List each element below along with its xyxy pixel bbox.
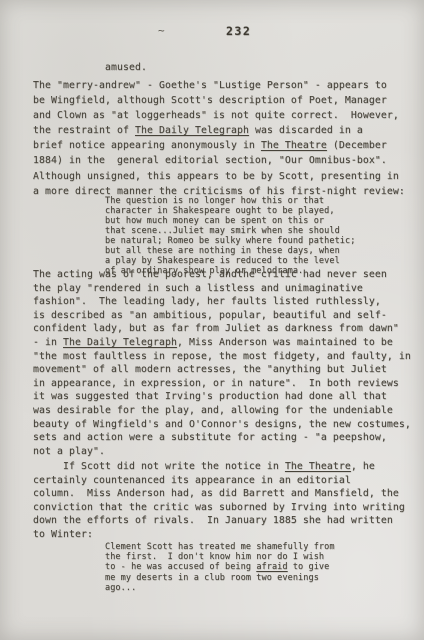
text-line: certainly countenanced its appearance in… bbox=[33, 474, 405, 488]
text-run: to give bbox=[288, 562, 330, 572]
stray-scan-mark: ~ bbox=[158, 24, 165, 37]
text-run: be Wingfield, although Scott's descripti… bbox=[33, 95, 387, 106]
text-line: and Clown as "at loggerheads" is not qui… bbox=[33, 108, 405, 123]
text-run: confident lady, but as far from Juliet a… bbox=[33, 323, 399, 334]
text-run: conviction that the critic was suborned … bbox=[33, 502, 405, 513]
text-line: that scene...Juliet may smirk when she s… bbox=[105, 226, 355, 236]
text-run: ago... bbox=[105, 583, 136, 593]
text-run: and Clown as "at loggerheads" is not qui… bbox=[33, 110, 399, 121]
text-run: (December bbox=[327, 140, 387, 151]
text-line: ago... bbox=[105, 583, 335, 593]
text-run: beauty of Wingfield's and O'Connor's des… bbox=[33, 419, 411, 430]
text-run: be natural; Romeo be sulky where found p… bbox=[105, 236, 355, 246]
text-run: brief notice appearing anonymously in bbox=[33, 140, 261, 151]
text-run: but how much money can be spent on this … bbox=[105, 216, 324, 226]
underlined-text-run: The Theatre bbox=[261, 140, 327, 151]
text-run: amused. bbox=[105, 62, 147, 73]
text-line: sets and action were a substitute for ac… bbox=[33, 431, 411, 445]
text-line: beauty of Wingfield's and O'Connor's des… bbox=[33, 418, 411, 432]
block-quote-letter: Clement Scott has treated me shamefully … bbox=[105, 542, 335, 593]
text-run: the first. I don't know him nor do I wis… bbox=[105, 552, 324, 562]
block-quote-review: The question is no longer how this or th… bbox=[105, 196, 355, 276]
text-line: in appearance, in expression, or in natu… bbox=[33, 377, 411, 391]
text-run: If Scott did not write the notice in bbox=[33, 461, 285, 472]
text-run: that scene...Juliet may smirk when she s… bbox=[105, 226, 340, 236]
text-line: "the most faultless in repose, the most … bbox=[33, 350, 411, 364]
text-run: it was suggested that Irving's productio… bbox=[33, 391, 387, 402]
text-run: fashion". The leading lady, her faults l… bbox=[33, 296, 381, 307]
text-run: certainly countenanced its appearance in… bbox=[33, 475, 351, 486]
text-run: The acting was of the poorest, andthe cr… bbox=[33, 269, 387, 280]
text-run: me my deserts in a club room two evening… bbox=[105, 573, 319, 583]
text-run: , Miss Anderson was maintained to be bbox=[177, 337, 393, 348]
text-line: it was suggested that Irving's productio… bbox=[33, 390, 411, 404]
hanging-word-amused: amused. bbox=[105, 60, 147, 75]
text-line: be Wingfield, although Scott's descripti… bbox=[33, 93, 405, 108]
text-line: fashion". The leading lady, her faults l… bbox=[33, 295, 411, 309]
text-line: be natural; Romeo be sulky where found p… bbox=[105, 236, 355, 246]
text-run: to - he was accused of being bbox=[105, 562, 256, 572]
text-run: to Winter: bbox=[33, 529, 93, 540]
text-line: 1884) in the general editorial section, … bbox=[33, 153, 405, 168]
text-run: The question is no longer how this or th… bbox=[105, 196, 324, 206]
text-line: confident lady, but as far from Juliet a… bbox=[33, 322, 411, 336]
text-run: not a play". bbox=[33, 446, 105, 457]
text-run: - in bbox=[33, 337, 63, 348]
text-line: me my deserts in a club room two evening… bbox=[105, 573, 335, 583]
underlined-text-run: The Theatre bbox=[285, 461, 351, 472]
text-line: The "merry-andrew" - Goethe's "Lustige P… bbox=[33, 78, 405, 93]
text-line: column. Miss Anderson had, as did Barret… bbox=[33, 487, 405, 501]
text-line: is described as "an ambitious, popular, … bbox=[33, 309, 411, 323]
text-run: sets and action were a substitute for ac… bbox=[33, 432, 387, 443]
text-run: Although unsigned, this appears to be by… bbox=[33, 171, 399, 182]
text-line: - in The Daily Telegraph, Miss Anderson … bbox=[33, 336, 411, 350]
text-run: , he bbox=[351, 461, 375, 472]
underlined-text-run: The Daily Telegraph bbox=[135, 125, 249, 136]
text-run: The "merry-andrew" - Goethe's "Lustige P… bbox=[33, 80, 387, 91]
page-number: 232 bbox=[226, 24, 251, 38]
text-run: a play by Shakespeare is reduced to the … bbox=[105, 256, 340, 266]
text-run: was desirable for the play, and, allowin… bbox=[33, 405, 393, 416]
text-line: brief notice appearing anonymously in Th… bbox=[33, 138, 405, 153]
text-run: was discarded in a bbox=[249, 125, 363, 136]
text-line: the first. I don't know him nor do I wis… bbox=[105, 552, 335, 562]
text-line: movement" of all modern actresses, the "… bbox=[33, 363, 411, 377]
text-line: character in Shakespeare ought to be pla… bbox=[105, 206, 355, 216]
text-line: amused. bbox=[105, 60, 147, 75]
text-run: the restraint of bbox=[33, 125, 135, 136]
text-line: was desirable for the play, and, allowin… bbox=[33, 404, 411, 418]
text-line: the restraint of The Daily Telegraph was… bbox=[33, 123, 405, 138]
text-line: a play by Shakespeare is reduced to the … bbox=[105, 256, 355, 266]
text-line: Clement Scott has treated me shamefully … bbox=[105, 542, 335, 552]
text-run: down the efforts of rivals. In January 1… bbox=[33, 515, 393, 526]
paragraph-1: The "merry-andrew" - Goethe's "Lustige P… bbox=[33, 78, 405, 199]
paragraph-3: If Scott did not write the notice in The… bbox=[33, 460, 405, 541]
text-run: but all these are nothing in these days,… bbox=[105, 246, 340, 256]
text-run: the play "rendered in such a listless an… bbox=[33, 283, 363, 294]
text-line: The acting was of the poorest, andthe cr… bbox=[33, 268, 411, 282]
text-line: conviction that the critic was suborned … bbox=[33, 501, 405, 515]
paragraph-2: The acting was of the poorest, andthe cr… bbox=[33, 268, 411, 458]
page-header: ~ 232 bbox=[0, 0, 424, 46]
text-line: not a play". bbox=[33, 445, 411, 459]
text-run: character in Shakespeare ought to be pla… bbox=[105, 206, 335, 216]
text-run: in appearance, in expression, or in natu… bbox=[33, 378, 399, 389]
text-line: to - he was accused of being afraid to g… bbox=[105, 562, 335, 572]
text-run: "the most faultless in repose, the most … bbox=[33, 351, 411, 362]
text-run: a more direct manner the criticisms of h… bbox=[33, 186, 405, 197]
text-line: the play "rendered in such a listless an… bbox=[33, 282, 411, 296]
text-line: Although unsigned, this appears to be by… bbox=[33, 169, 405, 184]
text-line: If Scott did not write the notice in The… bbox=[33, 460, 405, 474]
text-run: movement" of all modern actresses, the "… bbox=[33, 364, 387, 375]
text-line: but all these are nothing in these days,… bbox=[105, 246, 355, 256]
text-line: down the efforts of rivals. In January 1… bbox=[33, 514, 405, 528]
text-line: to Winter: bbox=[33, 528, 405, 542]
scanned-document-page: ~ 232 amused. The "merry-andrew" - Goeth… bbox=[0, 0, 424, 640]
underlined-text-run: The Daily Telegraph bbox=[63, 337, 177, 348]
text-run: 1884) in the general editorial section, … bbox=[33, 155, 387, 166]
text-line: but how much money can be spent on this … bbox=[105, 216, 355, 226]
text-run: is described as "an ambitious, popular, … bbox=[33, 310, 387, 321]
text-line: The question is no longer how this or th… bbox=[105, 196, 355, 206]
text-run: Clement Scott has treated me shamefully … bbox=[105, 542, 335, 552]
underlined-text-run: afraid bbox=[256, 562, 287, 572]
text-run: column. Miss Anderson had, as did Barret… bbox=[33, 488, 399, 499]
